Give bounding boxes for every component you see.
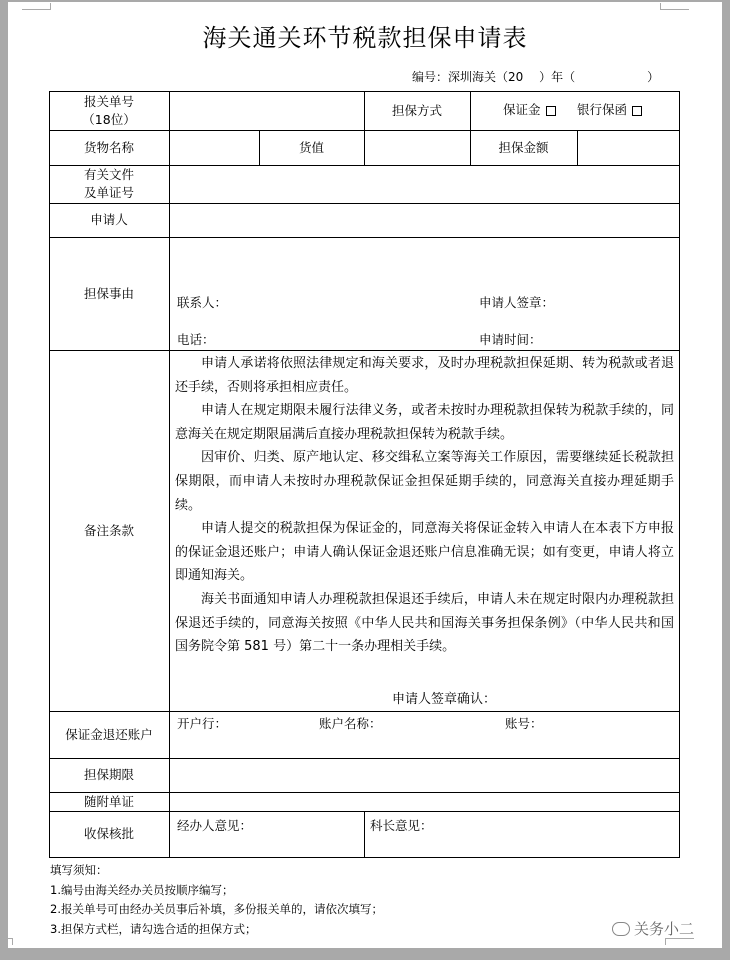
bank-guarantee-option-label: 银行保函: [577, 102, 627, 117]
page-corner-mark: [660, 3, 689, 10]
instruction-item: 1.编号由海关经办关员按顺序编写；: [50, 881, 383, 901]
documents-label: 有关文件 及单证号: [49, 165, 169, 203]
refund-account-label: 保证金退还账户: [49, 711, 169, 758]
serial-number: 编号：深圳海关（20 ）年（ ）: [412, 68, 659, 85]
instructions-heading: 填写须知：: [50, 861, 383, 881]
page-corner-mark: [22, 3, 51, 10]
applicant-seal-label: 申请人签章：: [479, 295, 554, 311]
terms-paragraph: 因审价、归类、原产地认定、移交缉私立案等海关工作原因，需要继续延长税款担保期限，…: [175, 446, 674, 517]
instruction-item: 2.报关单号可由经办关员事后补填，多份报关单的，请依次填写；: [50, 900, 383, 920]
approval-label: 收保核批: [49, 811, 169, 857]
filling-instructions: 填写须知： 1.编号由海关经办关员按顺序编写； 2.报关单号可由经办关员事后补填…: [50, 861, 383, 939]
declaration-no-label-line2: （18位）: [82, 111, 135, 129]
deposit-checkbox[interactable]: [546, 106, 556, 116]
applicant-field[interactable]: [170, 204, 679, 237]
attached-docs-field[interactable]: [170, 793, 679, 811]
guarantee-amount-label: 担保金额: [470, 130, 577, 165]
bank-label: 开户行：: [177, 716, 227, 732]
wechat-icon: [612, 922, 630, 936]
contact-label: 联系人：: [177, 295, 227, 311]
applicant-confirm-label: 申请人签章确认：: [392, 692, 496, 708]
guarantee-method-label: 担保方式: [364, 91, 470, 130]
declaration-no-label-line1: 报关单号: [84, 93, 134, 111]
goods-value-label: 货值: [259, 130, 364, 165]
form-title: 海关通关环节税款担保申请表: [0, 18, 730, 53]
documents-field[interactable]: [170, 166, 679, 203]
reason-field[interactable]: [170, 238, 679, 288]
reason-label: 担保事由: [49, 237, 169, 350]
terms-paragraph: 申请人承诺将依照法律规定和海关要求，及时办理税款担保延期、转为税款或者退还手续，…: [175, 352, 674, 399]
attached-docs-label: 随附单证: [49, 792, 169, 811]
declaration-no-field[interactable]: [170, 92, 364, 130]
guarantee-period-label: 担保期限: [49, 758, 169, 792]
remarks-terms: 申请人承诺将依照法律规定和海关要求，及时办理税款担保延期、转为税款或者退还手续，…: [175, 352, 674, 659]
guarantee-amount-field[interactable]: [578, 131, 679, 165]
handler-opinion-label: 经办人意见：: [177, 818, 252, 834]
phone-label: 电话：: [177, 332, 215, 348]
declaration-no-label: 报关单号 （18位）: [49, 91, 169, 130]
remarks-label: 备注条款: [49, 350, 169, 711]
account-name-label: 账户名称：: [319, 716, 382, 732]
documents-label-line2: 及单证号: [84, 184, 134, 202]
documents-label-line1: 有关文件: [84, 166, 134, 184]
instruction-item: 3.担保方式栏，请勾选合适的担保方式；: [50, 920, 383, 940]
page-corner-mark: [665, 938, 694, 945]
guarantee-period-field[interactable]: [170, 759, 679, 792]
page-corner-mark: [2, 938, 13, 945]
applicant-label: 申请人: [49, 203, 169, 237]
terms-paragraph: 申请人提交的税款担保为保证金的，同意海关将保证金转入申请人在本表下方申报的保证金…: [175, 517, 674, 588]
account-no-label: 账号：: [505, 716, 543, 732]
terms-paragraph: 海关书面通知申请人办理税款担保退还手续后，申请人未在规定时限内办理税款担保退还手…: [175, 588, 674, 659]
watermark-text: 关务小二: [634, 918, 694, 939]
chief-opinion-label: 科长意见：: [370, 818, 433, 834]
deposit-option-label: 保证金: [503, 102, 541, 117]
apply-time-label: 申请时间：: [479, 332, 542, 348]
goods-name-field[interactable]: [170, 131, 259, 165]
watermark: 关务小二: [612, 918, 694, 939]
bank-guarantee-checkbox[interactable]: [632, 106, 642, 116]
terms-paragraph: 申请人在规定期限未履行法律义务，或者未按时办理税款担保转为税款手续的，同意海关在…: [175, 399, 674, 446]
goods-name-label: 货物名称: [49, 130, 169, 165]
deposit-option[interactable]: 保证金: [503, 102, 556, 118]
bank-guarantee-option[interactable]: 银行保函: [577, 102, 642, 118]
goods-value-field[interactable]: [365, 131, 470, 165]
